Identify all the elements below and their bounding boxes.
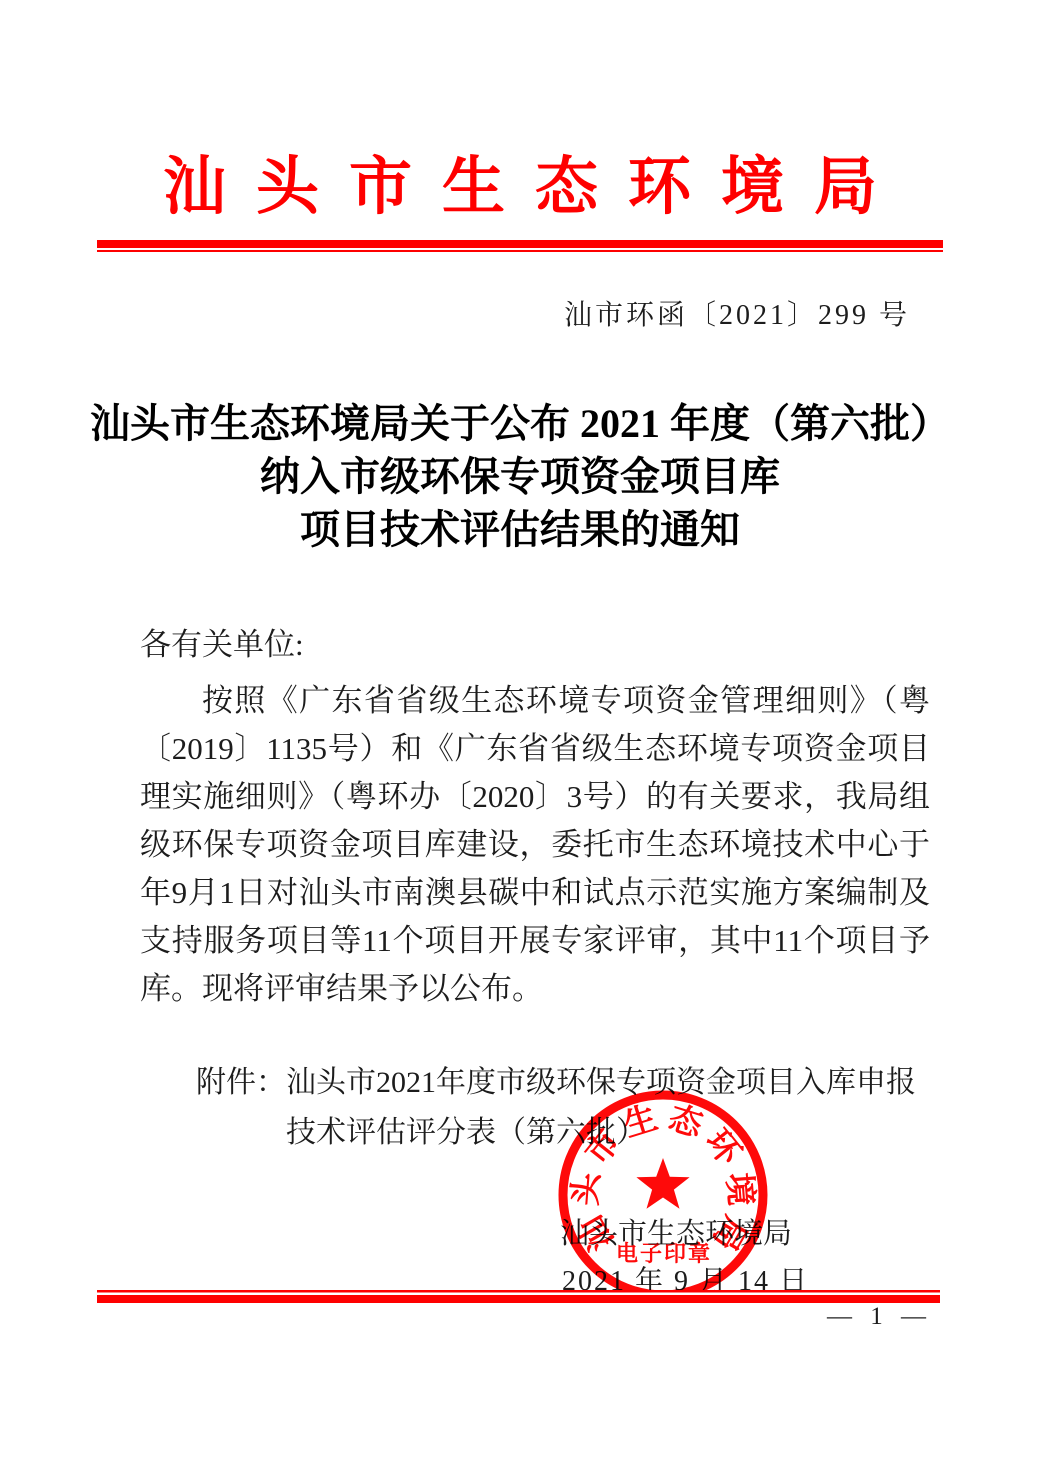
body-line: 理实施细则》（粤环办〔2020〕3号）的有关要求，我局组织市 bbox=[140, 773, 930, 821]
doc-number: 汕市环函〔2021〕299 号 bbox=[564, 293, 910, 333]
seal-arc-char: 境 bbox=[720, 1171, 759, 1207]
body-line: 〔2019〕1135号）和《广东省省级生态环境专项资金项目库管 bbox=[140, 725, 930, 773]
body-line: 级环保专项资金项目库建设，委托市生态环境技术中心于2021 bbox=[140, 821, 930, 869]
seal-arc-char: 头 bbox=[567, 1170, 606, 1207]
official-seal: 汕 头 市 生 态 环 境 局 电子印章 bbox=[553, 1085, 773, 1305]
agency-header-title: 汕头市生态环境局 bbox=[0, 143, 1040, 231]
footer-rule bbox=[97, 1290, 940, 1303]
seal-caption: 电子印章 bbox=[616, 1241, 712, 1266]
document-page: 汕头市生态环境局 汕市环函〔2021〕299 号 汕头市生态环境局关于公布 20… bbox=[0, 0, 1040, 1470]
title-line-1: 汕头市生态环境局关于公布 2021 年度（第六批） bbox=[0, 397, 1040, 450]
attachment-label: 附件： bbox=[196, 1058, 286, 1108]
body-line: 支持服务项目等11个项目开展专家评审，其中11个项目予以入 bbox=[140, 917, 930, 965]
body-line: 库。现将评审结果予以公布。 bbox=[140, 965, 930, 1013]
seal-star bbox=[636, 1158, 689, 1209]
letterhead-rule bbox=[97, 240, 943, 252]
title-line-2: 纳入市级环保专项资金项目库 bbox=[0, 450, 1040, 503]
title-line-3: 项目技术评估结果的通知 bbox=[0, 503, 1040, 556]
body-paragraph: 按照《广东省省级生态环境专项资金管理细则》（粤环函 〔2019〕1135号）和《… bbox=[140, 677, 930, 1013]
body-line: 按照《广东省省级生态环境专项资金管理细则》（粤环函 bbox=[140, 677, 930, 725]
document-title: 汕头市生态环境局关于公布 2021 年度（第六批） 纳入市级环保专项资金项目库 … bbox=[0, 397, 1040, 556]
body-line: 年9月1日对汕头市南澳县碳中和试点示范实施方案编制及技术 bbox=[140, 869, 930, 917]
salutation: 各有关单位: bbox=[140, 621, 930, 669]
document-body: 各有关单位: 按照《广东省省级生态环境专项资金管理细则》（粤环函 〔2019〕1… bbox=[140, 621, 930, 1013]
page-number: — 1 — bbox=[827, 1303, 932, 1331]
